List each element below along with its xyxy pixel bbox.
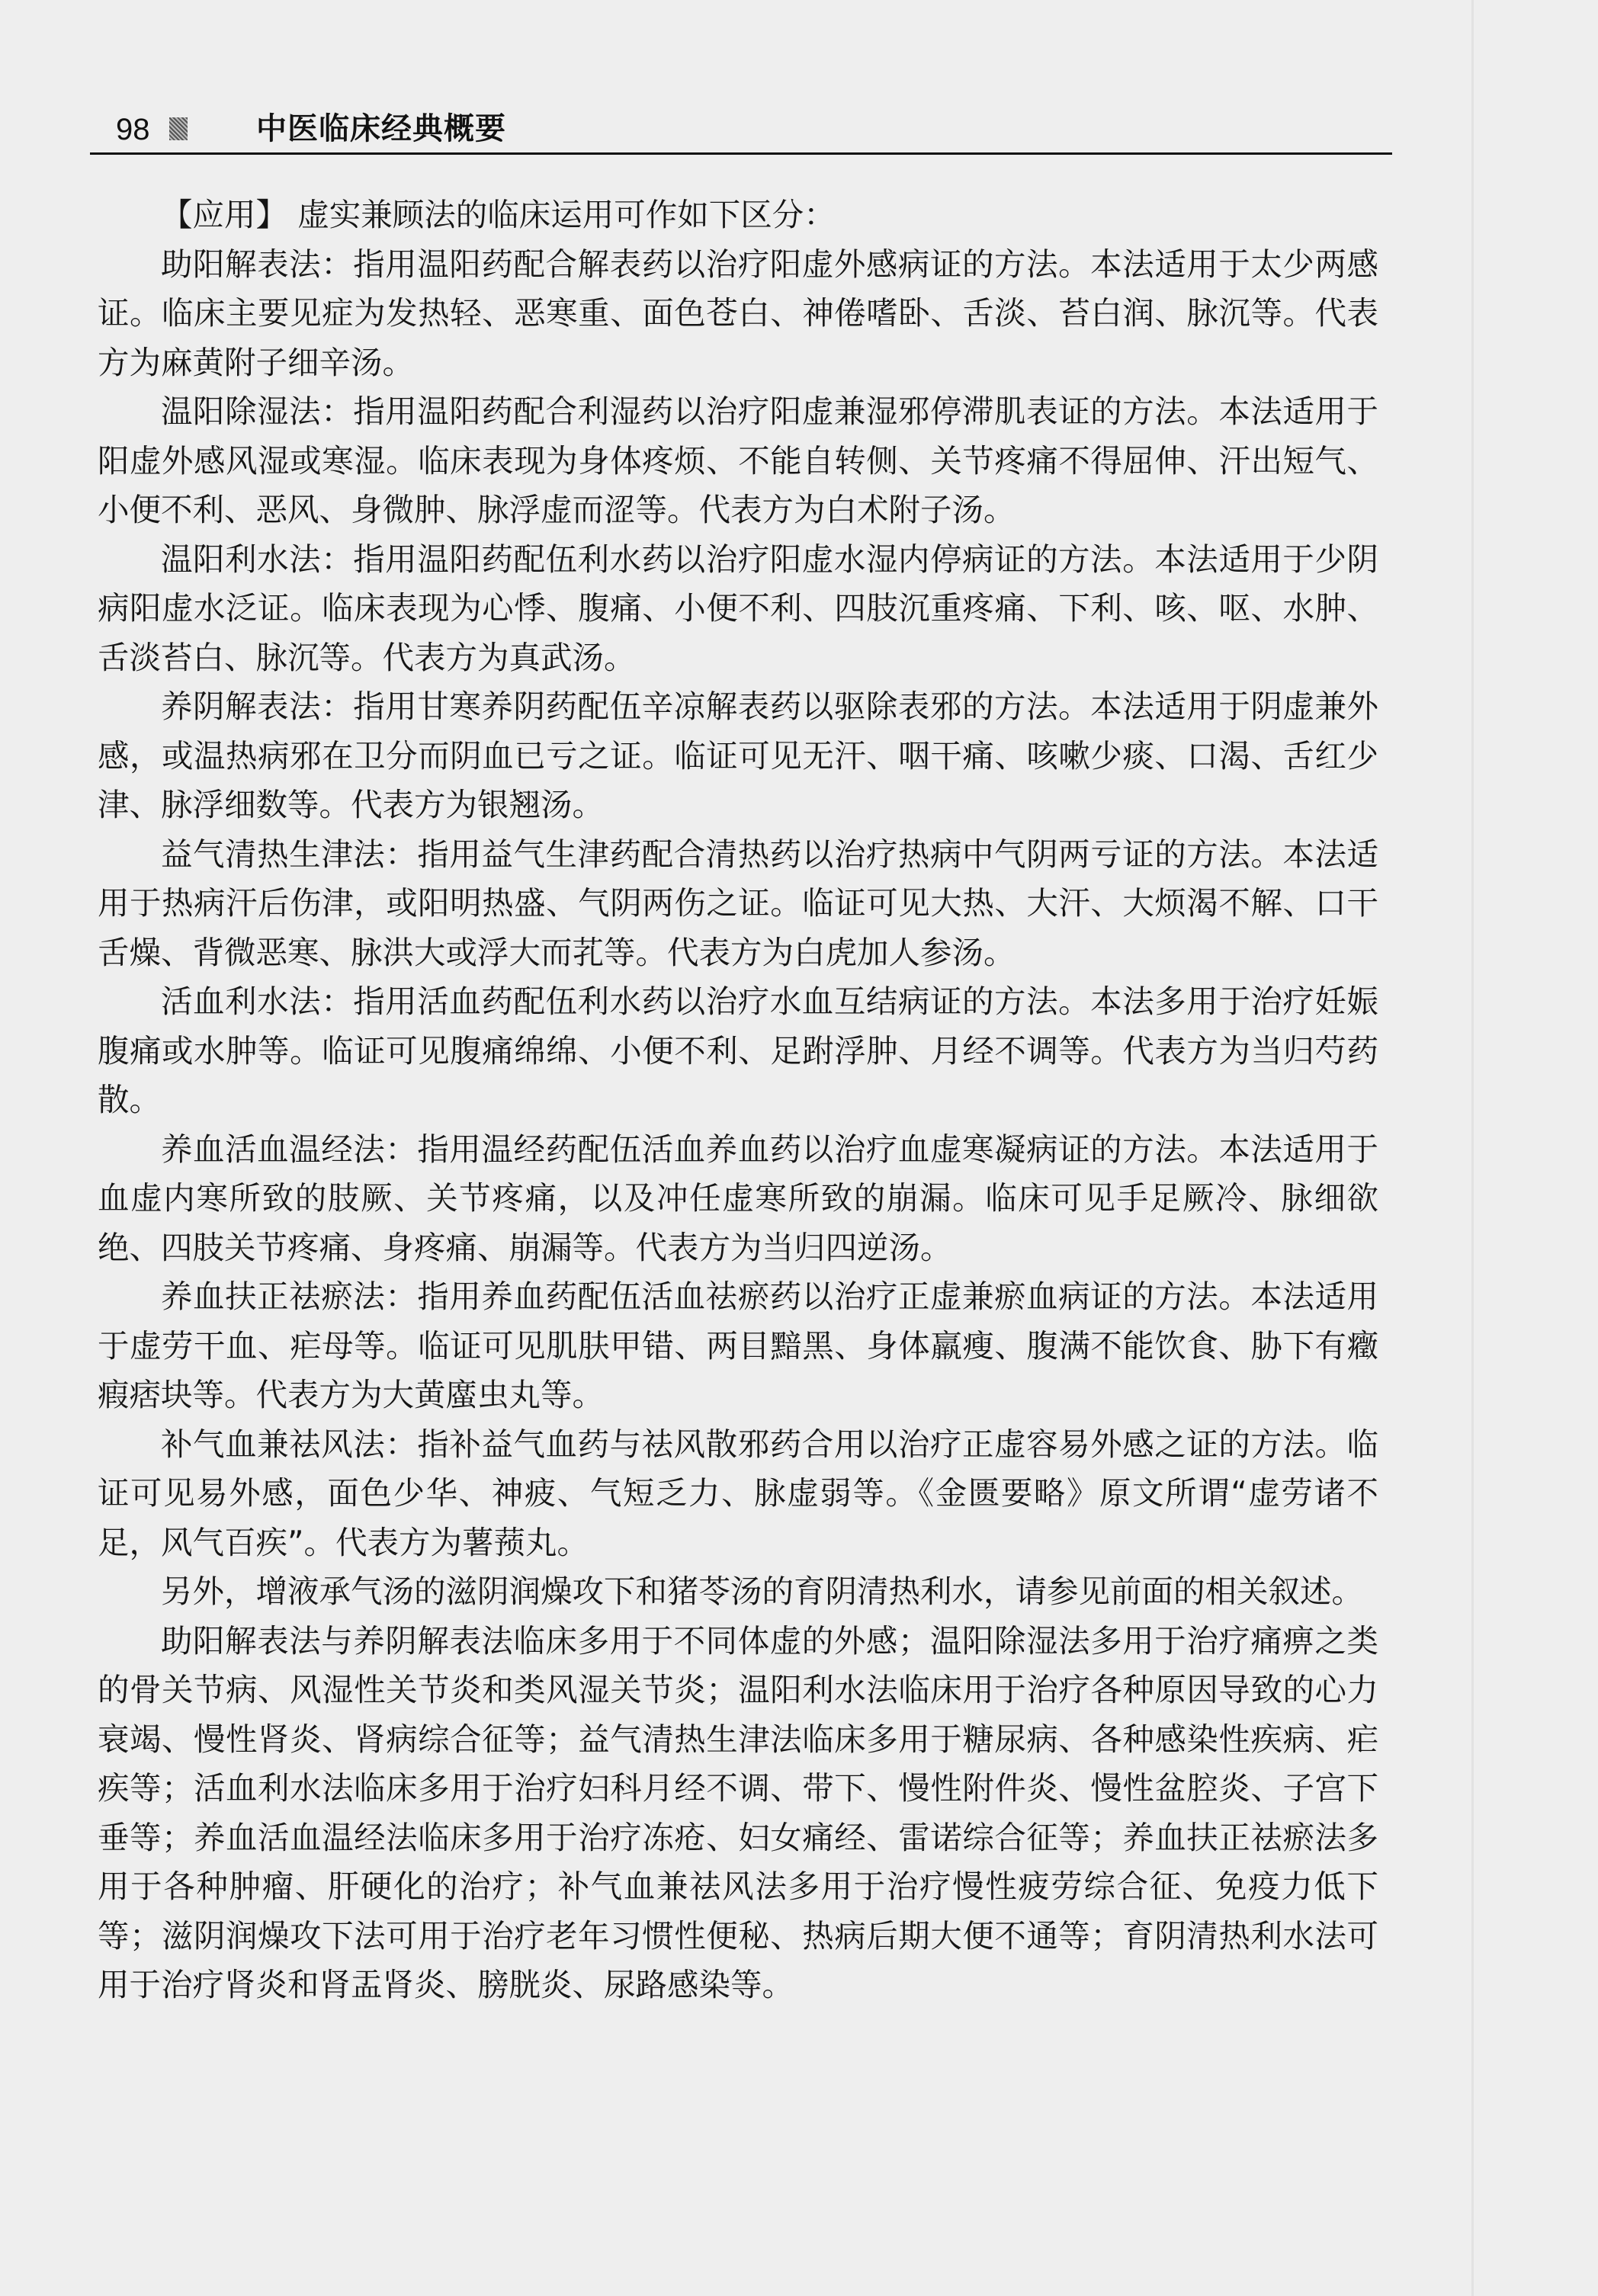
paragraph-buqixue-qufeng: 补气血兼祛风法：指补益气血药与祛风散邪药合用以治疗正虚容易外感之证的方法。临证可… xyxy=(98,1420,1378,1568)
paragraph-clinical-summary: 助阳解表法与养阴解表法临床多用于不同体虚的外感；温阳除湿法多用于治疗痛痹之类的骨… xyxy=(98,1617,1378,2010)
paragraph-term: 【应用】 xyxy=(161,196,287,233)
header-rule xyxy=(90,152,1392,155)
paragraph-term: 养血扶正祛瘀法： xyxy=(161,1278,417,1315)
paragraph-text: 助阳解表法与养阴解表法临床多用于不同体虚的外感；温阳除湿法多用于治疗痛痹之类的骨… xyxy=(98,1622,1378,2004)
header-marker-icon xyxy=(169,117,188,140)
paragraph-wenyang-chushi: 温阳除湿法：指用温阳药配合利湿药以治疗阳虚兼湿邪停滞肌表证的方法。本法适用于阳虚… xyxy=(98,387,1378,535)
paragraph-zhuyang-jiebiao: 助阳解表法：指用温阳药配合解表药以治疗阳虚外感病证的方法。本法适用于太少两感证。… xyxy=(98,240,1378,388)
paragraph-text: 另外，增液承气汤的滋阴润燥攻下和猪苓汤的育阴清热利水，请参见前面的相关叙述。 xyxy=(161,1573,1363,1610)
paragraph-text: 虚实兼顾法的临床运用可作如下区分： xyxy=(287,196,836,233)
paragraph-yiqi-qingre-shengjin: 益气清热生津法：指用益气生津药配合清热药以治疗热病中气阴两亏证的方法。本法适用于… xyxy=(98,830,1378,978)
paragraph-huoxue-lishui: 活血利水法：指用活血药配伍利水药以治疗水血互结病证的方法。本法多用于治疗妊娠腹痛… xyxy=(98,977,1378,1125)
paragraph-term: 活血利水法： xyxy=(161,983,353,1020)
paragraph-additional-note: 另外，增液承气汤的滋阴润燥攻下和猪苓汤的育阴清热利水，请参见前面的相关叙述。 xyxy=(98,1567,1378,1617)
paragraph-term: 养阴解表法： xyxy=(161,688,353,725)
paragraph-yangxue-huoxue-wenjing: 养血活血温经法：指用温经药配伍活血养血药以治疗血虚寒凝病证的方法。本法适用于血虚… xyxy=(98,1125,1378,1273)
paragraph-yangxue-fuzheng-quyu: 养血扶正祛瘀法：指用养血药配伍活血祛瘀药以治疗正虚兼瘀血病证的方法。本法适用于虚… xyxy=(98,1272,1378,1420)
page-number: 98 xyxy=(116,111,150,148)
paragraph-yangyin-jiebiao: 养阴解表法：指用甘寒养阴药配伍辛凉解表药以驱除表邪的方法。本法适用于阴虚兼外感，… xyxy=(98,682,1378,830)
paragraph-wenyang-lishui: 温阳利水法：指用温阳药配伍利水药以治疗阳虚水湿内停病证的方法。本法适用于少阴病阳… xyxy=(98,535,1378,683)
book-title: 中医临床经典概要 xyxy=(256,110,506,148)
scan-edge-mark xyxy=(1471,0,1474,2296)
paragraph-term: 温阳除湿法： xyxy=(161,393,353,430)
paragraph-term: 养血活血温经法： xyxy=(161,1130,417,1168)
paragraph-term: 温阳利水法： xyxy=(161,540,353,578)
paragraph-term: 助阳解表法： xyxy=(161,245,353,283)
page-header: 98 中医临床经典概要 xyxy=(90,107,1386,156)
paragraph-term: 益气清热生津法： xyxy=(161,835,417,873)
paragraph-application-intro: 【应用】 虚实兼顾法的临床运用可作如下区分： xyxy=(98,191,1378,240)
paragraph-term: 补气血兼祛风法： xyxy=(161,1425,417,1463)
page-body: 【应用】 虚实兼顾法的临床运用可作如下区分： 助阳解表法：指用温阳药配合解表药以… xyxy=(98,191,1378,2010)
